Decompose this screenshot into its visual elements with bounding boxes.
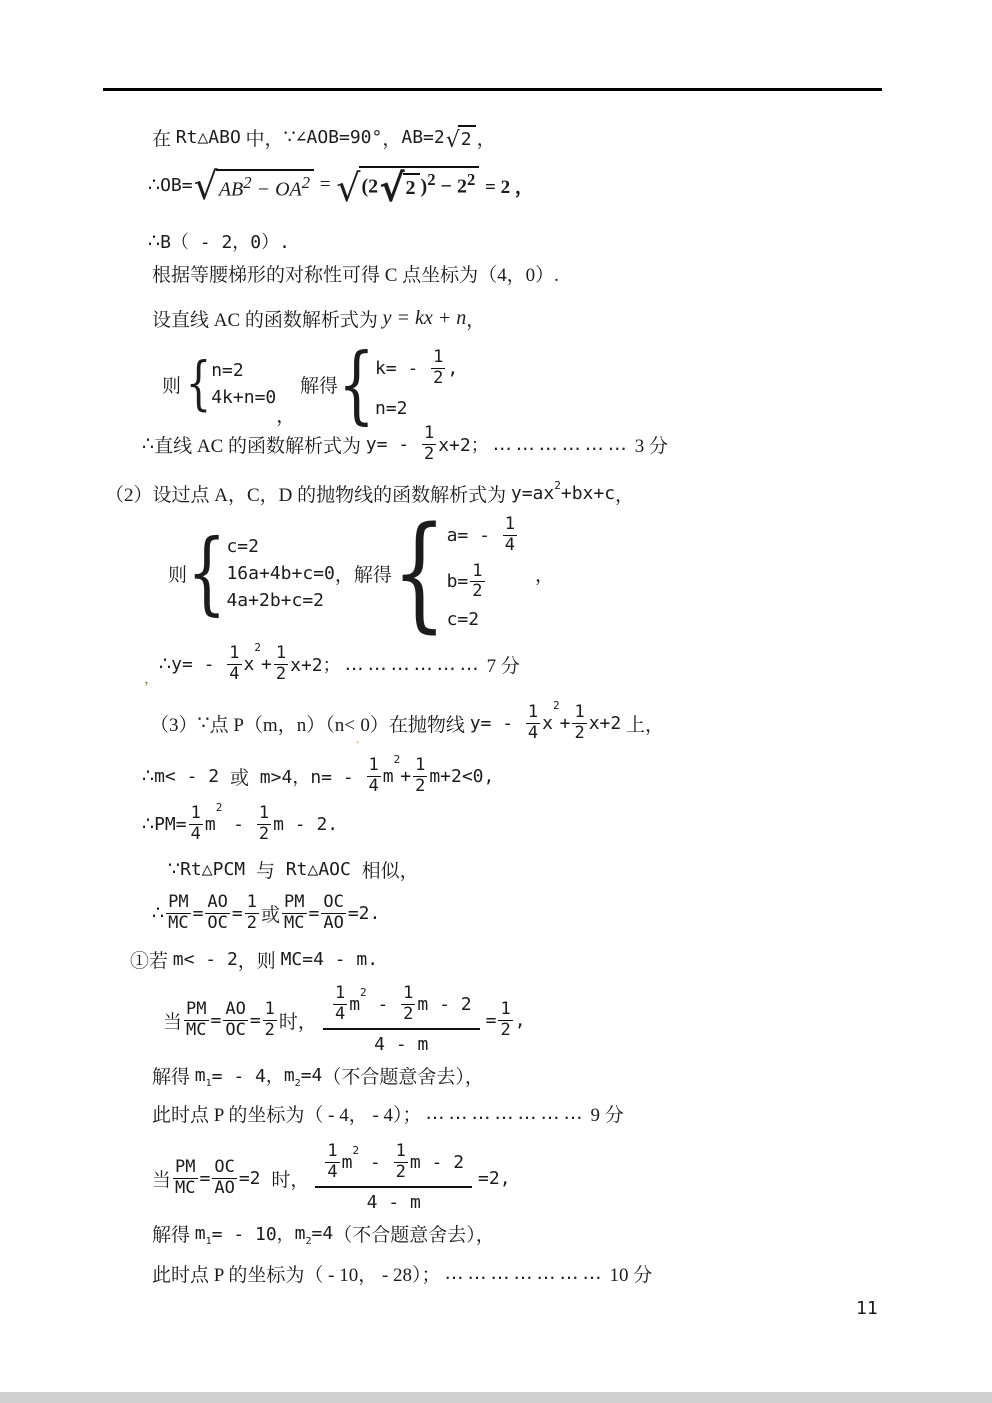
line-case1-solutions: 解得 m 1 = - 4， m 2 =4 （不合题意舍去）， (152, 1060, 484, 1090)
line-system-abc: 则 { c=2 16a+4b+c=0 4a+2b+c=2 ， 解得 { a= -… (168, 508, 554, 638)
text-segment: Rt△PCM (180, 859, 256, 880)
superscript: 2 (554, 479, 561, 492)
text-segment: = (315, 174, 335, 196)
text-segment: m (284, 1065, 295, 1086)
fraction: 12 (394, 1143, 408, 1182)
text-segment: x+2； (438, 431, 489, 457)
text-segment: 中， (241, 124, 284, 151)
therefore-symbol: ∴ (152, 902, 164, 924)
superscript: 2 (394, 753, 401, 766)
because-symbol: ∵ (284, 126, 296, 148)
therefore-symbol: ∴ (148, 230, 160, 252)
system-brace: { (187, 528, 226, 618)
superscript: 2 (352, 1144, 359, 1157)
text-segment: + (261, 654, 272, 675)
text-segment: = (211, 1010, 222, 1031)
fraction: 14 (227, 645, 241, 684)
text-segment: 则 (162, 371, 186, 398)
text-segment: x (542, 713, 553, 734)
text-segment: ， (335, 560, 354, 587)
denominator: 4 - m (367, 1188, 421, 1213)
text-segment: ∠AOB=90° (296, 127, 383, 148)
text-segment: m (195, 1223, 206, 1244)
line-case1-point: 此时点 P 的坐标为（ - 4， - 4）； ………………… 9 分 (152, 1098, 624, 1128)
system-row: c=2 (226, 536, 259, 557)
text-segment: 与 (256, 856, 275, 883)
line-similar-triangles: ∵ Rt△PCM 与 Rt△AOC 相似， (168, 854, 419, 884)
text-segment: B（ - 2，0）. (160, 228, 290, 254)
line-m-range: ∴ m< - 2 或 m>4，n= - 14 m 2 + 12 m+2<0, (142, 752, 494, 800)
score-label: 3 分 (635, 431, 668, 458)
line-case2-point: 此时点 P 的坐标为（ - 10， - 28）； ………………… 10 分 (152, 1258, 652, 1288)
text-segment: ， (535, 560, 554, 587)
text-segment: AB=2 (401, 127, 444, 148)
text-segment: 0）在抛物线 (360, 710, 469, 737)
line-part3-setup: （3） ∵ 点 P（m，n）（n< . 0）在抛物线 y= - 14 x 2 +… (150, 698, 664, 748)
radical: √2 (446, 125, 476, 150)
text-segment: m - 2. (273, 814, 338, 835)
system-row: 4k+n=0 (211, 387, 276, 408)
fraction: 12 (245, 894, 259, 933)
text-segment: + (560, 713, 571, 734)
text-segment: =2, (478, 1168, 511, 1189)
text-segment: = (193, 903, 204, 924)
text-segment: 当 (152, 1165, 171, 1192)
text-segment: y= - (366, 434, 420, 455)
dotted-leader: ……………… (345, 653, 483, 675)
text-segment: - (222, 814, 255, 835)
dotted-leader: ………………… (445, 1262, 606, 1284)
text-segment: ， (382, 124, 401, 151)
text-segment: =4 (312, 1223, 334, 1244)
page-bottom-edge (0, 1392, 992, 1403)
line-point-c: 根据等腰梯形的对称性可得 C 点坐标为（4，0）. (152, 258, 559, 288)
score-label: 7 分 (487, 651, 520, 678)
text-segment: y= - (470, 713, 524, 734)
radical: √(2√2)2 − 22 (336, 166, 479, 203)
text-segment: ， (477, 124, 496, 151)
superscript: 2 (254, 641, 261, 654)
text-segment: MC=4 - m. (281, 949, 379, 970)
fraction: 12 (422, 425, 436, 464)
text-segment: y= - (171, 654, 225, 675)
text-segment: ， (615, 480, 634, 507)
text-segment: ， (466, 305, 485, 332)
radical-sign: √ (336, 166, 360, 203)
big-fraction: 14 m 2 - 12 m - 2 4 - m (323, 985, 480, 1055)
line-pm-expression: ∴ PM= 14 m 2 - 12 m - 2. (142, 800, 338, 848)
fraction: 12 (572, 704, 586, 743)
text-segment: = - 4， (212, 1062, 284, 1088)
radicand: (2√2)2 − 22 (359, 166, 480, 203)
text-segment: 上， (621, 710, 664, 737)
text-segment: x (244, 654, 255, 675)
therefore-symbol: ∴ (142, 765, 154, 787)
system-row: c=2 (447, 609, 480, 630)
text-segment: 或 (261, 900, 280, 927)
superscript: 2 (553, 699, 560, 712)
fraction: 14 (333, 985, 347, 1024)
text-segment: 解得 (354, 560, 392, 587)
text-segment: 则 (168, 560, 187, 587)
text-segment: 点 P（m，n）（n< (210, 710, 355, 737)
text-segment: 解得 (152, 1220, 195, 1247)
text-segment: ，则 (238, 946, 281, 973)
because-symbol: ∵ (168, 858, 180, 880)
fraction: AOOC (223, 1001, 247, 1040)
line-case1-equation: 当 PMMC = AOOC = 12 时， 14 m 2 - 12 m - 2 … (163, 982, 526, 1058)
radical: √AB2 − OA2 (194, 169, 314, 202)
fraction: AOOC (205, 894, 229, 933)
text-segment: 时， (271, 1165, 309, 1192)
text-segment: + (400, 766, 411, 787)
fraction: 12 (274, 645, 288, 684)
system-row: n=2 (375, 398, 408, 419)
dotted-leader: ………………… (426, 1102, 587, 1124)
text-segment: m (383, 766, 394, 787)
system-row: 4a+2b+c=2 (226, 590, 324, 611)
text-segment: 根据等腰梯形的对称性可得 C 点坐标为（4，0）. (152, 260, 559, 287)
system-brace: { (338, 342, 375, 426)
text-segment: 设直线 AC 的函数解析式为 (152, 305, 383, 332)
text-segment: +bx+c (561, 483, 615, 504)
therefore-symbol: ∴ (142, 433, 154, 455)
system-row: b=12 (447, 563, 487, 602)
text-segment: 此时点 P 的坐标为（ - 10， - 28）； (152, 1260, 441, 1287)
text-segment: 此时点 P 的坐标为（ - 4， - 4）； (152, 1100, 422, 1127)
dotted-leader: ……………… (493, 433, 631, 455)
fraction: 14 (526, 704, 540, 743)
system-brace: { (392, 511, 447, 636)
therefore-symbol: ∴ (159, 653, 171, 675)
superscript: 2 (360, 986, 367, 999)
text-segment: m (295, 1223, 306, 1244)
text-segment: m+2<0, (429, 766, 494, 787)
fraction: OCAO (212, 1159, 236, 1198)
line-triangle-setup: 在 Rt△ABO 中， ∵ ∠AOB=90° ， AB=2 √2 ， (152, 120, 496, 154)
text-segment: 当 (163, 1007, 182, 1034)
system-brace: { (186, 355, 211, 413)
text-segment: - (367, 994, 400, 1015)
fraction: 14 (189, 805, 203, 844)
because-symbol: ∵ (198, 712, 210, 734)
text-segment: m< - 2 (154, 766, 230, 787)
fraction: 12 (257, 805, 271, 844)
fraction: PMMC (166, 894, 190, 933)
fraction: 12 (401, 985, 415, 1024)
text-segment: m (195, 1065, 206, 1086)
text-segment: m>4，n= - (249, 763, 365, 789)
text-segment: m (205, 814, 216, 835)
line-ac-equation-setup: 设直线 AC 的函数解析式为 y = kx + n ， (152, 303, 485, 333)
line-system-kn: 则 { n=2 4k+n=0 ， 解得 { k= - 12, n=2 (162, 340, 458, 428)
equation-system: { n=2 4k+n=0 (186, 360, 276, 408)
system-row: a= - 14 (447, 516, 519, 555)
fraction: 14 (325, 1143, 339, 1182)
line-ratio-cases: ∴ PMMC = AOOC = 12 或 PMMC = OCAO =2. (152, 888, 380, 938)
text-segment: = (200, 1168, 211, 1189)
fraction: PMMC (282, 894, 306, 933)
line-ob-calculation: ∴ OB= √AB2 − OA2 = √(2√2)2 − 22 = 2 ， (148, 158, 534, 212)
text-segment: OB= (160, 175, 193, 196)
line-case2-equation: 当 PMMC = OCAO =2 时， 14 m 2 - 12 m - 2 4 … (152, 1140, 511, 1216)
line-ac-equation-result: ∴ 直线 AC 的函数解析式为 y= - 12 x+2； ……………… 3 分 (142, 420, 668, 468)
denominator: 4 - m (374, 1030, 428, 1055)
text-segment: =2 (239, 1168, 272, 1189)
text-segment: = (309, 903, 320, 924)
header-rule (103, 88, 882, 91)
superscript: 2 (216, 801, 223, 814)
text-segment: Rt△ABO (176, 127, 241, 148)
fraction: 14 (367, 757, 381, 796)
text-segment: PM= (154, 814, 187, 835)
text-segment: 在 (152, 124, 176, 151)
equation-system: { c=2 16a+4b+c=0 4a+2b+c=2 (187, 536, 335, 611)
text-segment: = 2 ， (480, 172, 534, 199)
fraction: PMMC (173, 1159, 197, 1198)
text-segment: （2）设过点 A，C，D 的抛物线的函数解析式为 (105, 480, 511, 507)
fraction: 12 (413, 757, 427, 796)
text-segment: y=ax (511, 483, 554, 504)
text-segment: 或 (230, 763, 249, 790)
line-parabola-result: ， ∴ y= - 14 x 2 + 12 x+2； ……………… 7 分 (144, 640, 520, 688)
text-segment: m (342, 1152, 353, 1173)
text-segment: = (486, 1010, 497, 1031)
math-formula: y = kx + n (383, 307, 467, 330)
radical-sign: √ (379, 173, 404, 203)
text-segment: = - 10， (212, 1220, 295, 1246)
document-page: 在 Rt△ABO 中， ∵ ∠AOB=90° ， AB=2 √2 ， ∴ OB=… (0, 0, 992, 1403)
therefore-symbol: ∴ (142, 813, 154, 835)
text-segment: 相似， (362, 856, 419, 883)
line-case1-condition: ①若 m< - 2 ，则 MC=4 - m. (130, 944, 378, 974)
text-segment: （不合题意舍去）， (322, 1062, 484, 1089)
text-segment: x+2 (589, 713, 622, 734)
equation-system: { a= - 14 b=12 c=2 (392, 516, 519, 630)
text-segment: 解得 (152, 1062, 195, 1089)
system-row: 16a+4b+c=0 (226, 563, 334, 584)
fraction: 12 (498, 1001, 512, 1040)
text-segment: m - 2 (417, 994, 471, 1015)
text-segment: = (232, 903, 243, 924)
text-segment: （3） (150, 710, 198, 737)
line-case2-solutions: 解得 m 1 = - 10， m 2 =4 （不合题意舍去）， (152, 1218, 495, 1248)
therefore-symbol: ∴ (148, 174, 160, 196)
score-label: 10 分 (610, 1260, 653, 1287)
radical-sign: √ (194, 169, 218, 202)
big-fraction: 14 m 2 - 12 m - 2 4 - m (315, 1143, 472, 1213)
text-segment: 直线 AC 的函数解析式为 (154, 431, 366, 458)
page-number: 11 (856, 1298, 878, 1319)
radicand: 2 (458, 125, 476, 150)
text-segment: 时， (279, 1007, 317, 1034)
line-part2-setup: （2）设过点 A，C，D 的抛物线的函数解析式为 y=ax 2 +bx+c ， (105, 478, 634, 508)
text-segment: ①若 (130, 946, 173, 973)
text-segment: - (359, 1152, 392, 1173)
text-segment: Rt△AOC (275, 859, 362, 880)
system-row: k= - 12, (375, 349, 458, 388)
fraction: OCAO (321, 894, 345, 933)
line-point-b: ∴ B（ - 2，0）. (148, 226, 290, 256)
equation-system: { k= - 12, n=2 (338, 349, 458, 419)
text-segment: x+2； (290, 651, 341, 677)
stray-dot: . (356, 732, 360, 748)
score-label: 9 分 (591, 1100, 624, 1127)
text-segment: （不合题意舍去）， (333, 1220, 495, 1247)
fraction: PMMC (184, 1001, 208, 1040)
text-segment: , (515, 1010, 526, 1031)
text-segment: = (250, 1010, 261, 1031)
text-segment: =2. (348, 903, 381, 924)
fraction: 12 (263, 1001, 277, 1040)
stray-mark: ， (144, 667, 159, 688)
text-segment: 解得 (295, 371, 338, 398)
system-row: n=2 (211, 360, 244, 381)
text-segment: =4 (301, 1065, 323, 1086)
text-segment: m - 2 (410, 1152, 464, 1173)
radicand: AB2 − OA2 (216, 169, 314, 202)
text-segment: m (349, 994, 360, 1015)
text-segment: m< - 2 (173, 949, 238, 970)
